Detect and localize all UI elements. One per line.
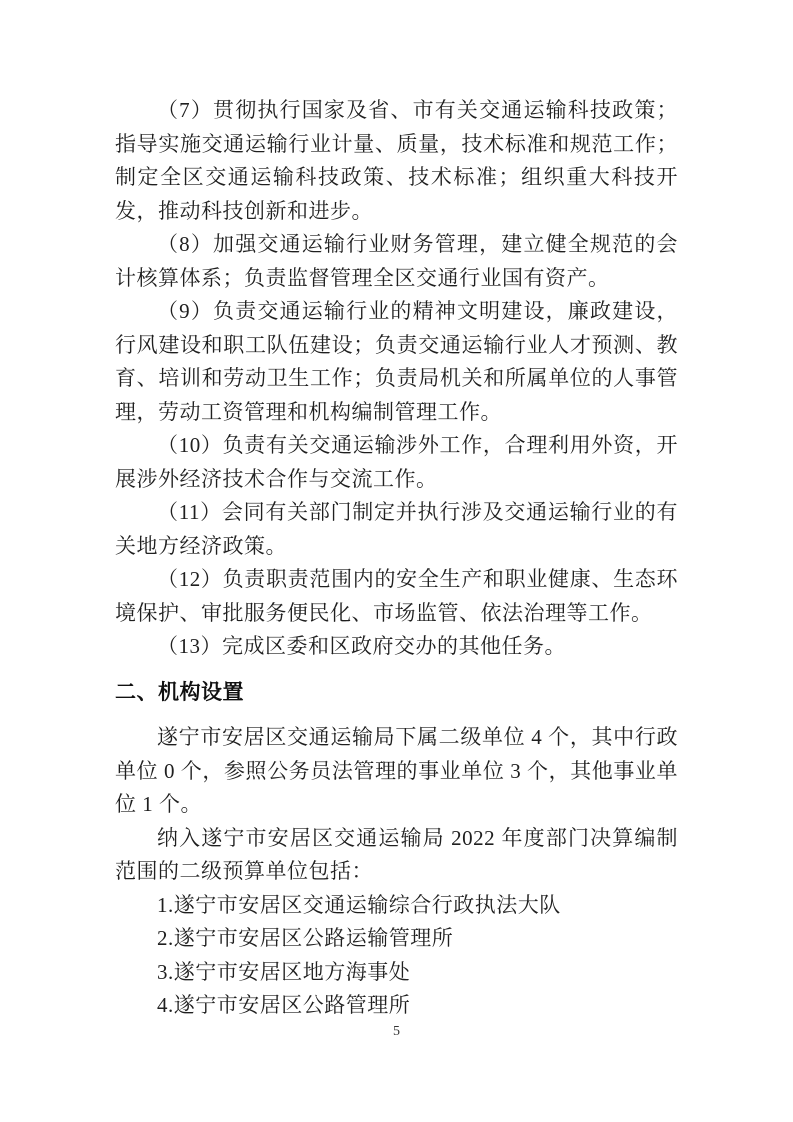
section-heading-organization-setup: 二、机构设置 xyxy=(115,676,678,710)
budget-unit-item-4: 4.遂宁市安居区公路管理所 xyxy=(115,989,678,1023)
duty-paragraph-8: （8）加强交通运输行业财务管理，建立健全规范的会计核算体系；负责监督管理全区交通… xyxy=(115,228,678,295)
document-body: （7）贯彻执行国家及省、市有关交通运输科技政策；指导实施交通运输行业计量、质量，… xyxy=(115,94,678,1023)
duty-paragraph-13: （13）完成区委和区政府交办的其他任务。 xyxy=(115,630,678,664)
budget-unit-item-2: 2.遂宁市安居区公路运输管理所 xyxy=(115,922,678,956)
budget-scope-paragraph: 纳入遂宁市安居区交通运输局 2022 年度部门决算编制范围的二级预算单位包括： xyxy=(115,822,678,889)
document-page: （7）贯彻执行国家及省、市有关交通运输科技政策；指导实施交通运输行业计量、质量，… xyxy=(0,0,793,1122)
duty-paragraph-10: （10）负责有关交通运输涉外工作，合理利用外资，开展涉外经济技术合作与交流工作。 xyxy=(115,429,678,496)
org-units-summary-paragraph: 遂宁市安居区交通运输局下属二级单位 4 个，其中行政单位 0 个，参照公务员法管… xyxy=(115,721,678,822)
budget-unit-item-3: 3.遂宁市安居区地方海事处 xyxy=(115,956,678,990)
duty-paragraph-12: （12）负责职责范围内的安全生产和职业健康、生态环境保护、审批服务便民化、市场监… xyxy=(115,563,678,630)
duty-paragraph-11: （11）会同有关部门制定并执行涉及交通运输行业的有关地方经济政策。 xyxy=(115,496,678,563)
duty-paragraph-7: （7）贯彻执行国家及省、市有关交通运输科技政策；指导实施交通运输行业计量、质量，… xyxy=(115,94,678,228)
budget-unit-item-1: 1.遂宁市安居区交通运输综合行政执法大队 xyxy=(115,889,678,923)
page-number: 5 xyxy=(0,1024,793,1040)
duty-paragraph-9: （9）负责交通运输行业的精神文明建设，廉政建设，行风建设和职工队伍建设；负责交通… xyxy=(115,295,678,429)
budget-unit-list: 1.遂宁市安居区交通运输综合行政执法大队 2.遂宁市安居区公路运输管理所 3.遂… xyxy=(115,889,678,1023)
